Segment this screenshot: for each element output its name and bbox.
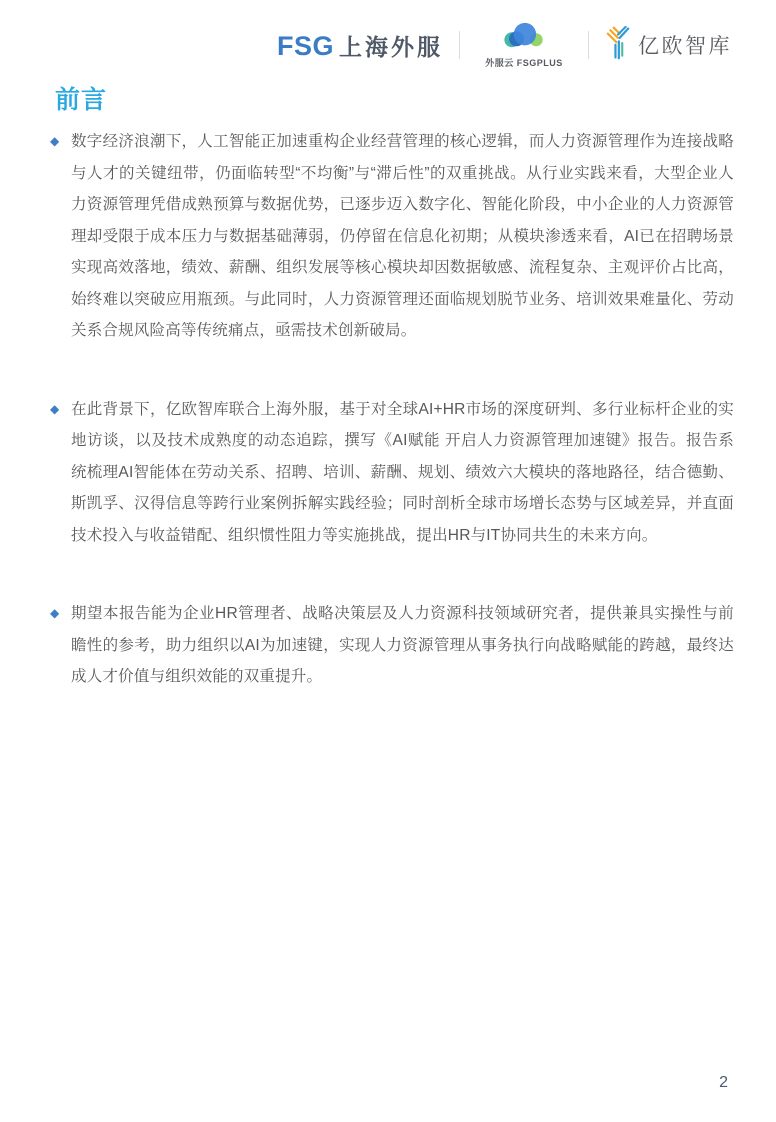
header-logo-strip: FSG 上海外服 外服云 FSGPLUS bbox=[277, 22, 732, 68]
yiou-logo: 亿欧智库 bbox=[605, 26, 732, 65]
fsg-logo-cn-text: 上海外服 bbox=[339, 29, 443, 62]
yiou-logo-label: 亿欧智库 bbox=[638, 30, 732, 60]
cloud-icon bbox=[501, 22, 547, 55]
yiou-y-icon bbox=[605, 26, 631, 65]
header-divider bbox=[588, 31, 589, 59]
paragraph-text: 在此背景下，亿欧智库联合上海外服，基于对全球AI+HR市场的深度研判、多行业标杆… bbox=[71, 394, 734, 552]
diamond-bullet-icon: ◆ bbox=[50, 598, 71, 630]
fsgplus-cloud-label: 外服云 FSGPLUS bbox=[485, 56, 563, 69]
diamond-bullet-icon: ◆ bbox=[50, 394, 71, 426]
header-divider bbox=[459, 31, 460, 59]
paragraph-text: 数字经济浪潮下，人工智能正加速重构企业经营管理的核心逻辑，而人力资源管理作为连接… bbox=[71, 126, 734, 347]
paragraph-block: ◆ 在此背景下，亿欧智库联合上海外服，基于对全球AI+HR市场的深度研判、多行业… bbox=[50, 394, 734, 552]
paragraph-text: 期望本报告能为企业HR管理者、战略决策层及人力资源科技领域研究者，提供兼具实操性… bbox=[71, 598, 734, 693]
preface-content: ◆ 数字经济浪潮下，人工智能正加速重构企业经营管理的核心逻辑，而人力资源管理作为… bbox=[50, 126, 734, 693]
paragraph-block: ◆ 期望本报告能为企业HR管理者、战略决策层及人力资源科技领域研究者，提供兼具实… bbox=[50, 598, 734, 693]
report-page: FSG 上海外服 外服云 FSGPLUS bbox=[0, 0, 776, 1122]
fsg-logo-latin-text: FSG bbox=[277, 31, 334, 62]
paragraph-block: ◆ 数字经济浪潮下，人工智能正加速重构企业经营管理的核心逻辑，而人力资源管理作为… bbox=[50, 126, 734, 347]
fsg-logo: FSG 上海外服 bbox=[277, 29, 443, 62]
page-title: 前言 bbox=[55, 80, 107, 116]
diamond-bullet-icon: ◆ bbox=[50, 126, 71, 158]
fsgplus-cloud-logo: 外服云 FSGPLUS bbox=[476, 22, 572, 69]
page-number: 2 bbox=[719, 1074, 728, 1092]
